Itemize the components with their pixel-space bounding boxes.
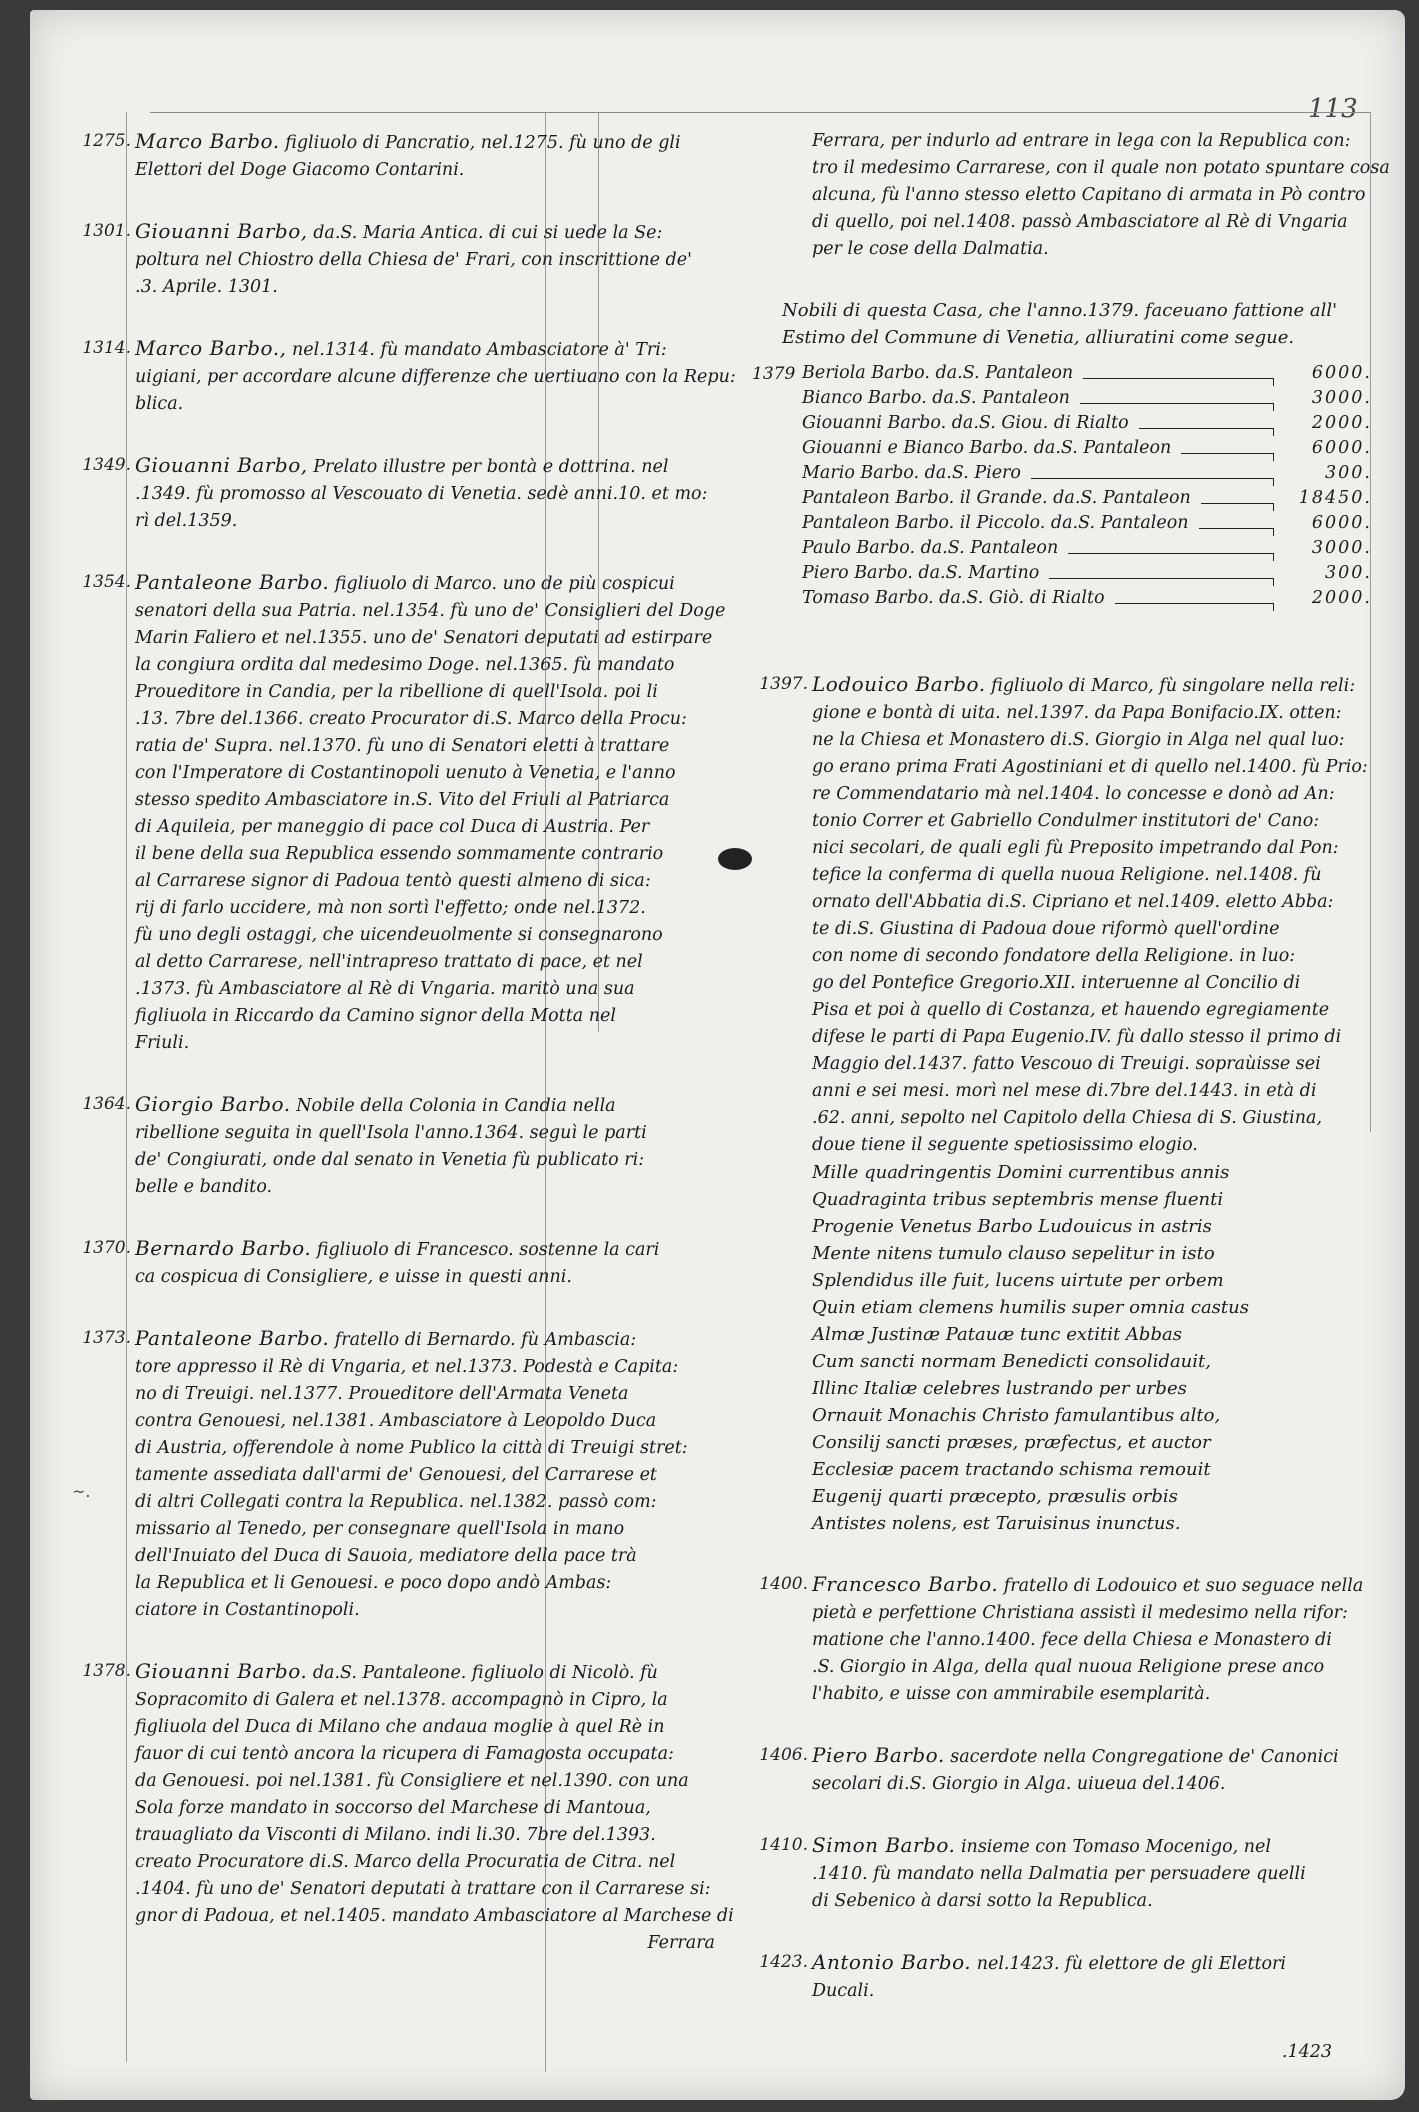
entry-line: rij di farlo uccidere, mà non sortì l'ef… <box>135 895 715 922</box>
entry-year: 1370. <box>77 1235 131 1262</box>
entry-line: go erano prima Frati Agostiniani et di q… <box>812 754 1372 781</box>
bracket-arrow-icon <box>1083 368 1274 379</box>
left-margin-rule <box>126 112 127 2062</box>
entry-line: Giouanni Barbo. da.S. Pantaleone. figliu… <box>135 1658 715 1687</box>
bracket-arrow-icon <box>1049 568 1274 579</box>
entry-line: secolari di.S. Giorgio in Alga. uiueua d… <box>812 1771 1372 1798</box>
entry-line: Pisa et poi à quello di Costanza, et hau… <box>812 997 1372 1024</box>
verse-line: Splendidus ille fuit, lucens uirtute per… <box>812 1267 1372 1294</box>
entry-line: .1373. fù Ambasciatore al Rè di Vngaria.… <box>135 976 715 1003</box>
estimo-value: 300. <box>1280 460 1372 487</box>
entry-line: Marco Barbo. figliuolo di Pancratio, nel… <box>135 128 715 157</box>
entry-text: figliuolo di Marco. uno de più cospicui <box>335 574 675 594</box>
estimo-name: Beriola Barbo. da.S. Pantaleon <box>802 360 1073 387</box>
entry-line: poltura nel Chiostro della Chiesa de' Fr… <box>135 247 715 274</box>
entry-name: Marco Barbo. <box>135 129 280 153</box>
manuscript-entry: 1370.Bernardo Barbo. figliuolo di France… <box>135 1235 715 1291</box>
entry-line: .S. Giorgio in Alga, della qual nuoua Re… <box>812 1654 1372 1681</box>
entry-line: l'habito, e uisse con ammirabile esempla… <box>812 1681 1372 1708</box>
entry-name: Pantaleone Barbo. <box>135 1326 329 1350</box>
estimo-row: Bianco Barbo. da.S. Pantaleon3000. <box>802 386 1372 411</box>
entry-line: uigiani, per accordare alcune differenze… <box>135 364 715 391</box>
entry-line: nici secolari, de quali egli fù Preposit… <box>812 835 1372 862</box>
estimo-row: Paulo Barbo. da.S. Pantaleon3000. <box>802 536 1372 561</box>
manuscript-entry: 1275.Marco Barbo. figliuolo di Pancratio… <box>135 128 715 184</box>
manuscript-entry: 1373.Pantaleone Barbo. fratello di Berna… <box>135 1325 715 1624</box>
left-column: 1275.Marco Barbo. figliuolo di Pancratio… <box>135 128 715 1991</box>
estimo-row: Mario Barbo. da.S. Piero300. <box>802 461 1372 486</box>
entry-year: 1275. <box>77 128 131 155</box>
entry-line: di Aquileia, per maneggio di pace col Du… <box>135 814 715 841</box>
entry-text: Prelato illustre per bontà e dottrina. n… <box>313 457 668 477</box>
entry-line: creato Procuratore di.S. Marco della Pro… <box>135 1849 715 1876</box>
entry-line: il bene della sua Republica essendo somm… <box>135 841 715 868</box>
estimo-name: Tomaso Barbo. da.S. Giò. di Rialto <box>802 585 1105 612</box>
entry-line: con l'Imperatore di Costantinopoli uenut… <box>135 760 715 787</box>
entry-year: 1378. <box>77 1658 131 1685</box>
entry-line: al detto Carrarese, nell'intrapreso trat… <box>135 949 715 976</box>
manuscript-entry: 1406.Piero Barbo. sacerdote nella Congre… <box>812 1742 1372 1798</box>
entry-line: missario al Tenedo, per consegnare quell… <box>135 1516 715 1543</box>
estimo-row: Pantaleon Barbo. il Grande. da.S. Pantal… <box>802 486 1372 511</box>
estimo-name: Paulo Barbo. da.S. Pantaleon <box>802 535 1058 562</box>
estimo-value: 6000. <box>1280 360 1372 387</box>
verse-line: Illinc Italiæ celebres lustrando per urb… <box>812 1375 1372 1402</box>
top-ruled-line <box>150 112 1370 113</box>
estimo-heading: Nobili di questa Casa, che l'anno.1379. … <box>782 297 1372 351</box>
estimo-heading-line: Nobili di questa Casa, che l'anno.1379. … <box>782 297 1372 324</box>
continuation-line: di quello, poi nel.1408. passò Ambasciat… <box>812 209 1372 236</box>
entry-text: nel.1423. fù elettore de gli Elettori <box>977 1954 1286 1974</box>
margin-mark: ~. <box>72 1482 91 1501</box>
entry-line: Antonio Barbo. nel.1423. fù elettore de … <box>812 1949 1372 1978</box>
entry-line: di Sebenico à darsi sotto la Republica. <box>812 1888 1372 1915</box>
entry-year: 1400. <box>754 1571 808 1598</box>
entry-year: 1397. <box>754 671 808 698</box>
entry-year: 1301. <box>77 218 131 245</box>
entry-year: 1349. <box>77 452 131 479</box>
catchword: .1423 <box>812 2039 1372 2066</box>
entry-year: 1354. <box>77 569 131 596</box>
estimo-name: Bianco Barbo. da.S. Pantaleon <box>802 385 1070 412</box>
entry-line: re Commendatario mà nel.1404. lo concess… <box>812 781 1372 808</box>
entry-line: Sopracomito di Galera et nel.1378. accom… <box>135 1687 715 1714</box>
entry-line: belle e bandito. <box>135 1174 715 1201</box>
entry-line: dell'Inuiato del Duca di Sauoia, mediato… <box>135 1543 715 1570</box>
entry-line: tonio Correr et Gabriello Condulmer inst… <box>812 808 1372 835</box>
entry-name: Giouanni Barbo. <box>135 1659 307 1683</box>
entry-line: doue tiene il seguente spetiosissimo elo… <box>812 1132 1372 1159</box>
entry-line: de' Congiurati, onde dal senato in Venet… <box>135 1147 715 1174</box>
entry-line: Simon Barbo. insieme con Tomaso Mocenigo… <box>812 1832 1372 1861</box>
estimo-row: Pantaleon Barbo. il Piccolo. da.S. Panta… <box>802 511 1372 536</box>
entry-line: ornato dell'Abbatia di.S. Cipriano et ne… <box>812 889 1372 916</box>
entry-name: Giouanni Barbo, <box>135 219 308 243</box>
entry-text: da.S. Pantaleone. figliuolo di Nicolò. f… <box>313 1663 658 1683</box>
entry-line: figliuola del Duca di Milano che andaua … <box>135 1714 715 1741</box>
entry-line: da Genouesi. poi nel.1381. fù Consiglier… <box>135 1768 715 1795</box>
entry-year: 1314. <box>77 335 131 362</box>
bracket-arrow-icon <box>1080 393 1274 404</box>
verse-line: Eugenij quarti præcepto, præsulis orbis <box>812 1483 1372 1510</box>
manuscript-entry: 1301.Giouanni Barbo, da.S. Maria Antica.… <box>135 218 715 301</box>
continuation-line: Ferrara, per indurlo ad entrare in lega … <box>812 128 1372 155</box>
verse-line: Cum sancti normam Benedicti consolidauit… <box>812 1348 1372 1375</box>
entry-line: Sola forze mandato in soccorso del March… <box>135 1795 715 1822</box>
entry-line: tore appresso il Rè di Vngaria, et nel.1… <box>135 1354 715 1381</box>
estimo-row: Tomaso Barbo. da.S. Giò. di Rialto2000. <box>802 586 1372 611</box>
verse-line: Almæ Justinæ Patauæ tunc extitit Abbas <box>812 1321 1372 1348</box>
entry-line: no di Treuigi. nel.1377. Proueditore del… <box>135 1381 715 1408</box>
folio-number: 113 <box>1308 94 1358 124</box>
continuation-paragraph: Ferrara, per indurlo ad entrare in lega … <box>812 128 1372 263</box>
entry-text: figliuolo di Marco, fù singolare nella r… <box>991 676 1355 696</box>
entry-text: sacerdote nella Congregatione de' Canoni… <box>950 1747 1338 1767</box>
entry-text: figliuolo di Francesco. sostenne la cari <box>317 1240 660 1260</box>
entry-line: Elettori del Doge Giacomo Contarini. <box>135 157 715 184</box>
entry-text: nel.1314. fù mandato Ambasciatore à' Tri… <box>292 340 667 360</box>
entry-line: rì del.1359. <box>135 508 715 535</box>
entry-text: da.S. Maria Antica. di cui si uede la Se… <box>313 223 662 243</box>
entry-line: Bernardo Barbo. figliuolo di Francesco. … <box>135 1235 715 1264</box>
entry-line: ratia de' Supra. nel.1370. fù uno di Sen… <box>135 733 715 760</box>
entry-line: con nome di secondo fondatore della Reli… <box>812 943 1372 970</box>
entry-line: di altri Collegati contra la Republica. … <box>135 1489 715 1516</box>
estimo-value: 6000. <box>1280 435 1372 462</box>
entry-name: Antonio Barbo. <box>812 1950 971 1974</box>
entry-line: trauagliato da Visconti di Milano. indi … <box>135 1822 715 1849</box>
entry-line: Giorgio Barbo. Nobile della Colonia in C… <box>135 1091 715 1120</box>
entry-line: .13. 7bre del.1366. creato Procurator di… <box>135 706 715 733</box>
estimo-name: Pantaleon Barbo. il Piccolo. da.S. Panta… <box>802 510 1189 537</box>
entry-name: Piero Barbo. <box>812 1743 945 1767</box>
entry-line: ribellione seguita in quell'Isola l'anno… <box>135 1120 715 1147</box>
estimo-value: 2000. <box>1280 585 1372 612</box>
entry-line: tefice la conferma di quella nuoua Relig… <box>812 862 1372 889</box>
manuscript-entry: 1378.Giouanni Barbo. da.S. Pantaleone. f… <box>135 1658 715 1957</box>
entry-year: 1406. <box>754 1742 808 1769</box>
estimo-value: 300. <box>1280 560 1372 587</box>
entry-line: .3. Aprile. 1301. <box>135 274 715 301</box>
entry-line: Pantaleone Barbo. figliuolo di Marco. un… <box>135 569 715 598</box>
estimo-name: Piero Barbo. da.S. Martino <box>802 560 1039 587</box>
manuscript-entry: 1349.Giouanni Barbo, Prelato illustre pe… <box>135 452 715 535</box>
estimo-name: Giouanni e Bianco Barbo. da.S. Pantaleon <box>802 435 1171 462</box>
entry-name: Lodouico Barbo. <box>812 672 986 696</box>
entry-line: Maggio del.1437. fatto Vescouo di Treuig… <box>812 1051 1372 1078</box>
entry-name: Simon Barbo. <box>812 1833 955 1857</box>
entry-line: stesso spedito Ambasciatore in.S. Vito d… <box>135 787 715 814</box>
entry-line: Piero Barbo. sacerdote nella Congregatio… <box>812 1742 1372 1771</box>
manuscript-entry: 1314.Marco Barbo., nel.1314. fù mandato … <box>135 335 715 418</box>
entry-year: 1364. <box>77 1091 131 1118</box>
manuscript-entry: 1410.Simon Barbo. insieme con Tomaso Moc… <box>812 1832 1372 1915</box>
entry-line: pietà e perfettione Christiana assistì i… <box>812 1600 1372 1627</box>
estimo-row: Giouanni Barbo. da.S. Giou. di Rialto200… <box>802 411 1372 436</box>
bracket-arrow-icon <box>1199 518 1274 529</box>
entry-line: al Carrarese signor di Padoua tentò ques… <box>135 868 715 895</box>
entry-year: 1423. <box>754 1949 808 1976</box>
verse-line: Progenie Venetus Barbo Ludouicus in astr… <box>812 1213 1372 1240</box>
verse-line: Antistes nolens, est Taruisinus inunctus… <box>812 1510 1372 1537</box>
manuscript-entry: 1364.Giorgio Barbo. Nobile della Colonia… <box>135 1091 715 1201</box>
entry-line: .1404. fù uno de' Senatori deputati à tr… <box>135 1876 715 1903</box>
manuscript-entry: 1400.Francesco Barbo. fratello di Lodoui… <box>812 1571 1372 1708</box>
right-column: Ferrara, per indurlo ad entrare in lega … <box>812 128 1372 2066</box>
bracket-arrow-icon <box>1139 418 1274 429</box>
estimo-row: Beriola Barbo. da.S. Pantaleon6000. <box>802 361 1372 386</box>
entry-line: ca cospicua di Consigliere, e uisse in q… <box>135 1264 715 1291</box>
entry-line: Francesco Barbo. fratello di Lodouico et… <box>812 1571 1372 1600</box>
entry-name: Giouanni Barbo, <box>135 453 308 477</box>
verse-line: Quin etiam clemens humilis super omnia c… <box>812 1294 1372 1321</box>
entry-line: gnor di Padoua, et nel.1405. mandato Amb… <box>135 1903 715 1930</box>
manuscript-entry: 1354.Pantaleone Barbo. figliuolo di Marc… <box>135 569 715 1057</box>
entry-line: Lodouico Barbo. figliuolo di Marco, fù s… <box>812 671 1372 700</box>
estimo-table: 1379 Beriola Barbo. da.S. Pantaleon6000.… <box>802 361 1372 611</box>
estimo-name: Mario Barbo. da.S. Piero <box>802 460 1021 487</box>
estimo-value: 3000. <box>1280 385 1372 412</box>
entry-line: Marco Barbo., nel.1314. fù mandato Ambas… <box>135 335 715 364</box>
manuscript-entry: 1423.Antonio Barbo. nel.1423. fù elettor… <box>812 1949 1372 2005</box>
entry-line: contra Genouesi, nel.1381. Ambasciatore … <box>135 1408 715 1435</box>
manuscript-entry: 1397.Lodouico Barbo. figliuolo di Marco,… <box>812 671 1372 1537</box>
bracket-arrow-icon <box>1181 443 1274 454</box>
verse-line: Ecclesiæ pacem tractando schisma remouit <box>812 1456 1372 1483</box>
entry-line: tamente assediata dall'armi de' Genouesi… <box>135 1462 715 1489</box>
entry-line: .1410. fù mandato nella Dalmatia per per… <box>812 1861 1372 1888</box>
estimo-year: 1379 <box>752 361 795 388</box>
epitaph-verse: Mille quadringentis Domini currentibus a… <box>812 1159 1372 1537</box>
estimo-value: 2000. <box>1280 410 1372 437</box>
bracket-arrow-icon <box>1115 593 1274 604</box>
entry-line: gione e bontà di uita. nel.1397. da Papa… <box>812 700 1372 727</box>
estimo-name: Giouanni Barbo. da.S. Giou. di Rialto <box>802 410 1129 437</box>
estimo-value: 3000. <box>1280 535 1372 562</box>
entry-year: 1410. <box>754 1832 808 1859</box>
bracket-arrow-icon <box>1068 543 1274 554</box>
estimo-row: Piero Barbo. da.S. Martino300. <box>802 561 1372 586</box>
entry-name: Marco Barbo., <box>135 336 286 360</box>
ink-blot <box>718 848 752 870</box>
entry-line: .62. anni, sepolto nel Capitolo della Ch… <box>812 1105 1372 1132</box>
entry-line: Pantaleone Barbo. fratello di Bernardo. … <box>135 1325 715 1354</box>
entry-line: Proueditore in Candia, per la ribellione… <box>135 679 715 706</box>
entry-line: Giouanni Barbo, Prelato illustre per bon… <box>135 452 715 481</box>
entry-line: senatori della sua Patria. nel.1354. fù … <box>135 598 715 625</box>
entry-line: ne la Chiesa et Monastero di.S. Giorgio … <box>812 727 1372 754</box>
continuation-line: alcuna, fù l'anno stesso eletto Capitano… <box>812 182 1372 209</box>
entry-text: insieme con Tomaso Mocenigo, nel <box>961 1837 1271 1857</box>
entry-line: la congiura ordita dal medesimo Doge. ne… <box>135 652 715 679</box>
entry-line: blica. <box>135 391 715 418</box>
entry-name: Bernardo Barbo. <box>135 1236 311 1260</box>
continuation-line: per le cose della Dalmatia. <box>812 236 1372 263</box>
bracket-arrow-icon <box>1031 468 1274 479</box>
bracket-arrow-icon <box>1201 493 1274 504</box>
entry-name: Francesco Barbo. <box>812 1572 998 1596</box>
entry-text: fratello di Bernardo. fù Ambascia: <box>335 1330 636 1350</box>
entry-line: figliuola in Riccardo da Camino signor d… <box>135 1003 715 1030</box>
entry-text: figliuolo di Pancratio, nel.1275. fù uno… <box>285 133 680 153</box>
entry-line: ciatore in Costantinopoli. <box>135 1597 715 1624</box>
verse-line: Mente nitens tumulo clauso sepelitur in … <box>812 1240 1372 1267</box>
verse-line: Quadraginta tribus septembris mense flue… <box>812 1186 1372 1213</box>
verse-line: Ornauit Monachis Christo famulantibus al… <box>812 1402 1372 1429</box>
entry-name: Giorgio Barbo. <box>135 1092 291 1116</box>
entry-year: 1373. <box>77 1325 131 1352</box>
entry-line: difese le parti di Papa Eugenio.IV. fù d… <box>812 1024 1372 1051</box>
entry-line: go del Pontefice Gregorio.XII. interuenn… <box>812 970 1372 997</box>
entry-name: Pantaleone Barbo. <box>135 570 329 594</box>
continuation-line: tro il medesimo Carrarese, con il quale … <box>812 155 1372 182</box>
catchword: Ferrara <box>135 1930 715 1957</box>
entry-line: Ducali. <box>812 1978 1372 2005</box>
entry-line: di Austria, offerendole à nome Publico l… <box>135 1435 715 1462</box>
entry-line: anni e sei mesi. morì nel mese di.7bre d… <box>812 1078 1372 1105</box>
entry-line: matione che l'anno.1400. fece della Chie… <box>812 1627 1372 1654</box>
entry-line: fauor di cui tentò ancora la ricupera di… <box>135 1741 715 1768</box>
verse-line: Mille quadringentis Domini currentibus a… <box>812 1159 1372 1186</box>
entry-text: fratello di Lodouico et suo seguace nell… <box>1004 1576 1364 1596</box>
verse-line: Consilij sancti præses, præfectus, et au… <box>812 1429 1372 1456</box>
estimo-value: 6000. <box>1280 510 1372 537</box>
entry-line: la Republica et li Genouesi. e poco dopo… <box>135 1570 715 1597</box>
entry-line: .1349. fù promosso al Vescouato di Venet… <box>135 481 715 508</box>
estimo-name: Pantaleon Barbo. il Grande. da.S. Pantal… <box>802 485 1191 512</box>
entry-line: fù uno degli ostaggi, che uicendeuolment… <box>135 922 715 949</box>
estimo-heading-line: Estimo del Commune di Venetia, alliurati… <box>782 324 1372 351</box>
entry-line: te di.S. Giustina di Padoua doue riformò… <box>812 916 1372 943</box>
entry-line: Friuli. <box>135 1030 715 1057</box>
entry-line: Marin Faliero et nel.1355. uno de' Senat… <box>135 625 715 652</box>
entry-text: Nobile della Colonia in Candia nella <box>296 1096 615 1116</box>
entry-line: Giouanni Barbo, da.S. Maria Antica. di c… <box>135 218 715 247</box>
estimo-row: Giouanni e Bianco Barbo. da.S. Pantaleon… <box>802 436 1372 461</box>
estimo-value: 18450. <box>1280 485 1372 512</box>
